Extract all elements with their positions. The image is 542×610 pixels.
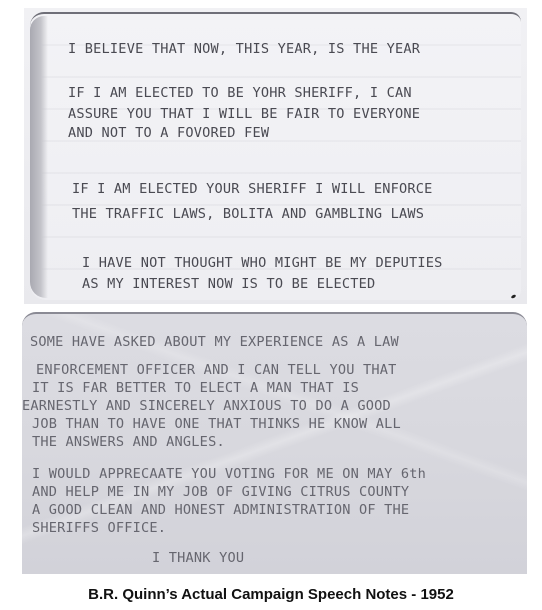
typed-line: AND NOT TO A FOVORED FEW: [68, 125, 269, 141]
typed-line: THE TRAFFIC LAWS, BOLITA AND GAMBLING LA…: [72, 206, 424, 222]
typed-line: I THANK YOU: [152, 550, 244, 566]
typed-line: SHERIFFS OFFICE.: [32, 520, 166, 536]
speech-note-card-1: I BELIEVE THAT NOW, THIS YEAR, IS THE YE…: [24, 8, 527, 304]
typed-line: ASSURE YOU THAT I WILL BE FAIR TO EVERYO…: [68, 106, 420, 122]
typed-line: SOME HAVE ASKED ABOUT MY EXPERIENCE AS A…: [30, 334, 399, 350]
typed-line: ENFORCEMENT OFFICER AND I CAN TELL YOU T…: [36, 362, 397, 378]
card-shadow-edge: [30, 16, 48, 298]
typed-line: IF I AM ELECTED TO BE YOHR SHERIFF, I CA…: [68, 85, 412, 101]
image-caption: B.R. Quinn’s Actual Campaign Speech Note…: [0, 586, 542, 603]
typed-line: I BELIEVE THAT NOW, THIS YEAR, IS THE YE…: [68, 41, 420, 57]
typed-line: AS MY INTEREST NOW IS TO BE ELECTED: [82, 276, 375, 292]
typed-line: A GOOD CLEAN AND HONEST ADMINISTRATION O…: [32, 502, 409, 518]
typed-line: I HAVE NOT THOUGHT WHO MIGHT BE MY DEPUT…: [82, 255, 443, 271]
typed-line: I WOULD APPRECAATE YOU VOTING FOR ME ON …: [32, 466, 426, 482]
typed-line: AND HELP ME IN MY JOB OF GIVING CITRUS C…: [32, 484, 409, 500]
speech-note-card-2: SOME HAVE ASKED ABOUT MY EXPERIENCE AS A…: [22, 312, 527, 574]
typed-line: EARNESTLY AND SINCERELY ANXIOUS TO DO A …: [22, 398, 391, 414]
typed-line: IF I AM ELECTED YOUR SHERIFF I WILL ENFO…: [72, 181, 433, 197]
typed-line: THE ANSWERS AND ANGLES.: [32, 434, 225, 450]
typed-line: JOB THAN TO HAVE ONE THAT THINKS HE KNOW…: [32, 416, 401, 432]
typed-line: IT IS FAR BETTER TO ELECT A MAN THAT IS: [32, 380, 359, 396]
